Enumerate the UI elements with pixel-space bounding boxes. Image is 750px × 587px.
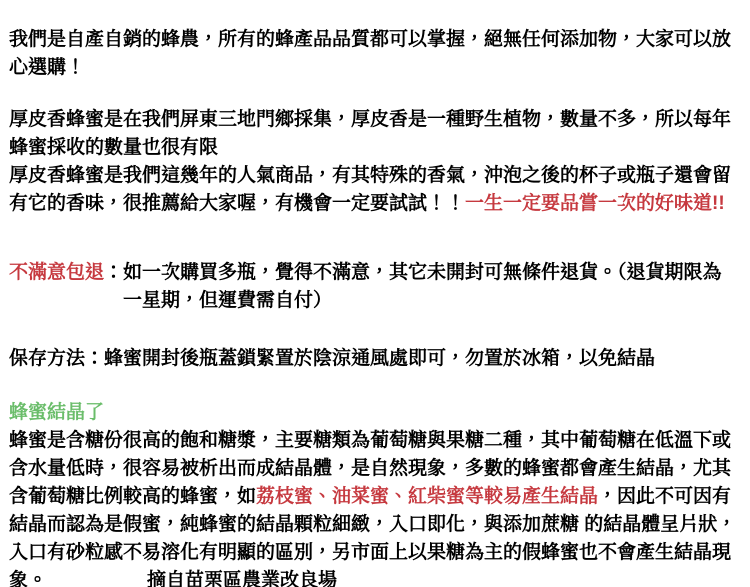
paragraph-honey-popular: 厚皮香蜂蜜是我們這幾年的人氣商品，有其特殊的香氣，沖泡之後的杯子或瓶子還會留有它… [9,162,740,218]
text-segment: 一生一定要品嘗一次的好味道!! [465,193,725,214]
text-segment: 摘自苗栗區農業改良場 [147,570,337,587]
paragraph-refund-policy: 不滿意包退：如一次購買多瓶，覺得不滿意，其它未開封可無條件退貨。（退貨期限為一星… [9,259,740,315]
heading-crystallization: 蜂蜜結晶了 [9,399,740,427]
product-description-document: 我們是自產自銷的蜂農，所有的蜂產品品質都可以掌握，絕無任何添加物，大家可以放心選… [0,0,750,587]
page: { "colors": { "text": "#000000", "red": … [0,0,750,587]
text-segment: ：如一次購買多瓶，覺得不滿意，其它未開封可無條件退貨。（退貨期限為一星期，但運費… [104,262,722,311]
text-segment: 我們是自產自銷的蜂農，所有的蜂產品品質都可以掌握，絕無任何添加物，大家可以放心選… [9,29,731,78]
text-segment: 保存方法：蜂蜜開封後瓶蓋鎖緊置於陰涼通風處即可，勿置於冰箱，以免結晶 [9,348,655,369]
paragraph-crystallization-body: 蜂蜜是含糖份很高的飽和糖漿，主要糖類為葡萄糖與果糖二種，其中葡萄糖在低溫下或含水… [9,427,740,587]
paragraph-storage-method: 保存方法：蜂蜜開封後瓶蓋鎖緊置於陰涼通風處即可，勿置於冰箱，以免結晶 [9,345,740,373]
text-segment: 荔枝蜜、油菜蜜、紅柴蜜等較易產生結晶 [256,486,598,507]
text-segment: 厚皮香蜂蜜是在我們屏東三地門鄉採集，厚皮香是一種野生植物，數量不多，所以每年蜂蜜… [9,109,731,158]
inline-spacer [47,585,147,586]
text-segment: 蜂蜜結晶了 [9,402,104,423]
paragraph-honey-source: 厚皮香蜂蜜是在我們屏東三地門鄉採集，厚皮香是一種野生植物，數量不多，所以每年蜂蜜… [9,106,740,162]
text-segment: 不滿意包退 [9,262,104,283]
paragraph-intro: 我們是自產自銷的蜂農，所有的蜂產品品質都可以掌握，絕無任何添加物，大家可以放心選… [9,26,740,82]
